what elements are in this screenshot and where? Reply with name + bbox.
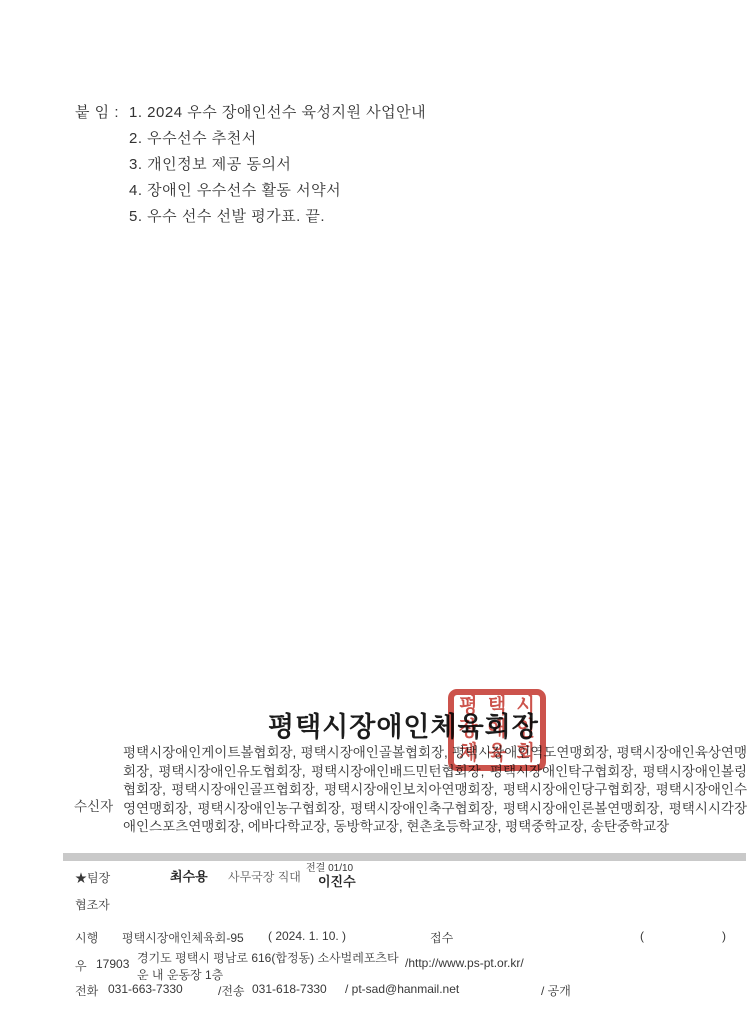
phone-label: 전화 xyxy=(75,982,98,999)
receipt-paren-open: ( xyxy=(640,929,644,943)
seal-char: 택 xyxy=(488,696,506,717)
document-page: 붙 임 :1. 2024 우수 장애인선수 육성지원 사업안내 2. 우수선수 … xyxy=(0,0,752,1028)
fax-number: 031-618-7330 xyxy=(252,982,327,996)
attachment-row: 3. 개인정보 제공 동의서 xyxy=(75,152,426,178)
recipients-label: 수신자 xyxy=(74,795,113,815)
disclosure-status: / 공개 xyxy=(541,982,571,999)
attachment-item: 1. 2024 우수 장애인선수 육성지원 사업안내 xyxy=(129,104,426,121)
attachment-row: 붙 임 :1. 2024 우수 장애인선수 육성지원 사업안내 xyxy=(75,100,426,126)
seal-char: 육 xyxy=(488,743,506,764)
drafter-role: ★팀장 xyxy=(75,869,110,886)
seal-char: 평 xyxy=(459,696,477,717)
attachment-item: 4. 장애인 우수선수 활동 서약서 xyxy=(129,182,341,199)
attachment-item: 2. 우수선수 추천서 xyxy=(129,130,257,147)
seal-char: 체 xyxy=(459,743,477,764)
address-line-2: 운 내 운동장 1층 xyxy=(137,966,223,983)
attachment-section: 붙 임 :1. 2024 우수 장애인선수 육성지원 사업안내 2. 우수선수 … xyxy=(75,100,426,230)
cooperator-label: 협조자 xyxy=(75,896,110,913)
recipients-list: 평택시장애인게이트볼협회장, 평택시장애인골볼협회장, 평택시장애인역도연맹회장… xyxy=(123,744,747,837)
seal-char: 인 xyxy=(516,720,534,741)
approver-role: 사무국장 직대 xyxy=(228,868,301,885)
receipt-paren-close: ) xyxy=(722,929,726,943)
attachment-row: 5. 우수 선수 선발 평가표. 끝. xyxy=(75,204,426,230)
seal-char: 시 xyxy=(516,696,534,717)
email-address: / pt-sad@hanmail.net xyxy=(345,982,459,996)
attachment-item: 5. 우수 선수 선발 평가표. 끝. xyxy=(129,208,325,225)
website-url: /http://www.ps-pt.or.kr/ xyxy=(405,956,524,970)
document-number: 평택시장애인체육회-95 xyxy=(122,929,244,946)
seal-char: 회 xyxy=(516,743,534,764)
receipt-label: 접수 xyxy=(430,929,453,946)
approver-name: 이진수 xyxy=(318,871,356,890)
seal-char: 애 xyxy=(488,720,506,741)
postal-code: 17903 xyxy=(96,957,129,971)
address-line-1: 경기도 평택시 평남로 616(합정동) 소사벌레포츠타 xyxy=(137,949,399,966)
attachment-row: 2. 우수선수 추천서 xyxy=(75,126,426,152)
phone-number: 031-663-7330 xyxy=(108,982,183,996)
official-seal-stamp: 평 택 시 장 애 인 체 육 회 xyxy=(448,689,546,771)
seal-char: 장 xyxy=(459,720,477,741)
divider-bar xyxy=(63,853,746,861)
fax-label: /전송 xyxy=(218,982,245,999)
attachment-item: 3. 개인정보 제공 동의서 xyxy=(129,156,291,173)
issuance-date: ( 2024. 1. 10. ) xyxy=(268,929,346,943)
postal-label: 우 xyxy=(75,957,87,974)
attachment-label: 붙 임 : xyxy=(75,100,129,126)
issuance-label: 시행 xyxy=(75,929,98,946)
attachment-row: 4. 장애인 우수선수 활동 서약서 xyxy=(75,178,426,204)
drafter-name: 최수용 xyxy=(170,866,208,885)
